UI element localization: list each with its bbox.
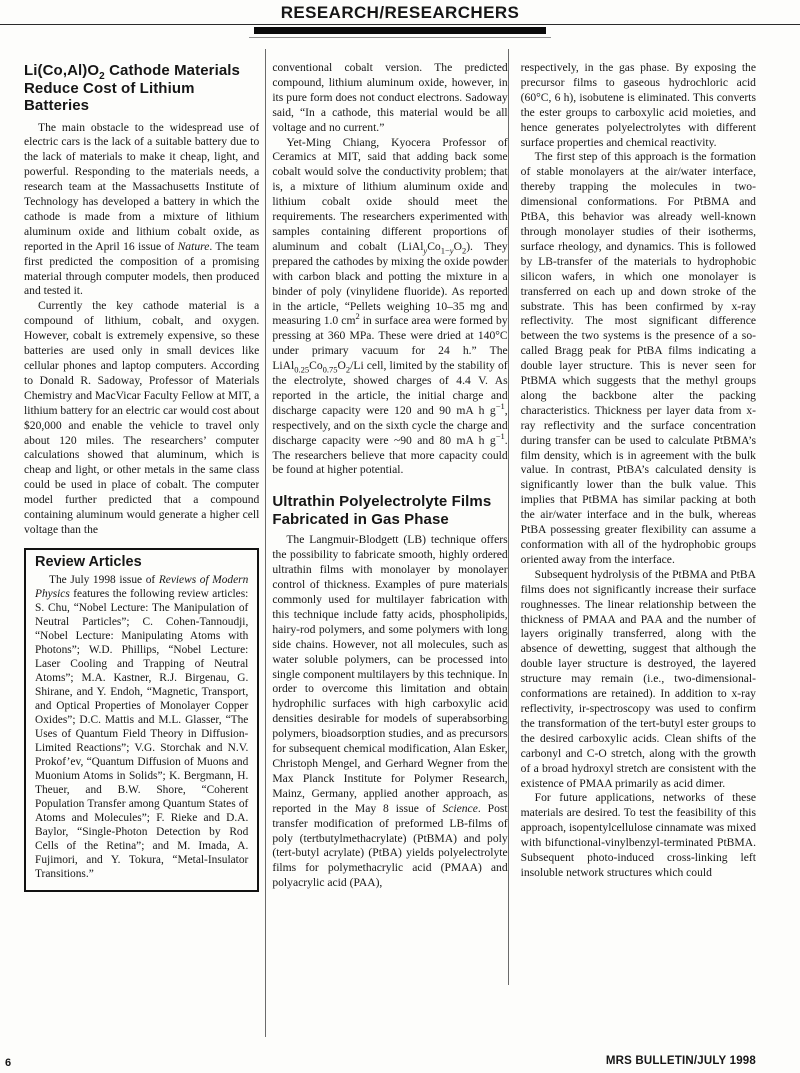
- page-number: 6: [5, 1057, 11, 1069]
- paragraph: Currently the key cathode material is a …: [24, 299, 259, 538]
- paragraph-continuation: conventional cobalt version. The predict…: [272, 61, 507, 136]
- paragraph: Yet-Ming Chiang, Kyocera Professor of Ce…: [272, 136, 507, 479]
- column-right: respectively, in the gas phase. By expos…: [521, 61, 756, 1043]
- column-left: Li(Co,Al)O2 Cathode Materials Reduce Cos…: [24, 61, 259, 1043]
- paragraph-continuation: respectively, in the gas phase. By expos…: [521, 61, 756, 150]
- paragraph: For future applications, networks of the…: [521, 791, 756, 880]
- column-divider-1: [265, 49, 266, 1037]
- header-bar-thick: [254, 27, 546, 34]
- column-divider-2: [508, 49, 509, 985]
- paragraph: Subsequent hydrolysis of the PtBMA and P…: [521, 568, 756, 792]
- masthead: RESEARCH/RESEARCHERS: [0, 0, 800, 49]
- review-articles-box: Review Articles The July 1998 issue of R…: [24, 548, 259, 892]
- section-header-title: RESEARCH/RESEARCHERS: [0, 3, 800, 23]
- journal-page: RESEARCH/RESEARCHERS Li(Co,Al)O2 Cathode…: [0, 0, 800, 1073]
- column-middle: conventional cobalt version. The predict…: [272, 61, 507, 1043]
- review-box-title: Review Articles: [35, 555, 248, 570]
- header-rule-full: [0, 24, 800, 25]
- header-rule-under: [249, 37, 551, 38]
- paragraph: The main obstacle to the widespread use …: [24, 121, 259, 300]
- review-box-body: The July 1998 issue of Reviews of Modern…: [35, 573, 248, 881]
- article-title-cathode: Li(Co,Al)O2 Cathode Materials Reduce Cos…: [24, 62, 259, 115]
- content-columns: Li(Co,Al)O2 Cathode Materials Reduce Cos…: [0, 49, 800, 1043]
- article-title-polyelectrolyte: Ultrathin Polyelectrolyte Films Fabricat…: [272, 493, 507, 528]
- paragraph: The Langmuir-Blodgett (LB) technique off…: [272, 533, 507, 891]
- journal-footer: MRS BULLETIN/JULY 1998: [606, 1055, 756, 1067]
- paragraph: The first step of this approach is the f…: [521, 150, 756, 567]
